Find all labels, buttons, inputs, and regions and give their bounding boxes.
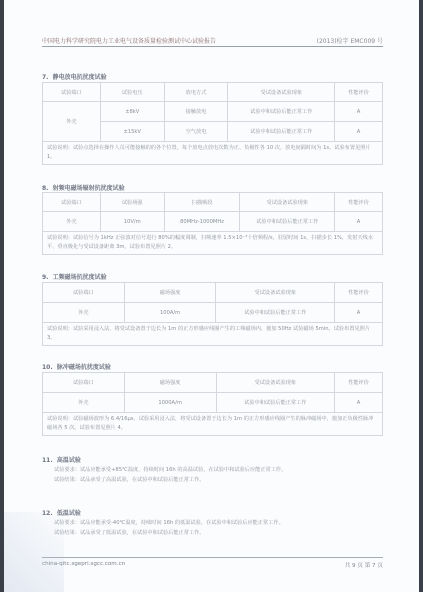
test-requirement: 试验要求：试品应能承受-40℃温度，持续时间 16h 的低温试验，在试验中和试验… [54, 518, 384, 528]
grade-cell: A [335, 212, 383, 232]
section-number: 11. [42, 457, 53, 464]
page-footer: china-qitc.sgepri.sgcc.com.cn 共 9 页 第 7 … [42, 561, 383, 569]
section-7-title: 7. 静电放电抗扰度试验 [42, 72, 107, 81]
col-header: 性能评价 [335, 193, 383, 212]
test-result: 试验结果：试品承受了低温试验，在试验中和试验后能正常工作。 [54, 528, 384, 538]
section-title: 射频电磁场辐射抗扰度试验 [53, 185, 125, 192]
high-temp-text: 试验要求：试品应能承受+85℃温度，持续时间 16h 的高温试验，在试验中和试验… [54, 465, 384, 485]
port-cell: 外壳 [43, 102, 101, 142]
test-result: 试验结果：试品承受了高温试验，在试验中和试验后能正常工作。 [54, 475, 384, 485]
col-header: 性能评价 [335, 83, 383, 102]
col-header: 扫描频段 [164, 193, 240, 212]
section-title: 工频磁场抗扰度试验 [53, 274, 107, 281]
result-cell: 试验中和试验后能正常工作 [228, 122, 335, 142]
grade-cell: A [335, 102, 383, 122]
band-cell: 80MHz-1000MHz [164, 212, 240, 232]
voltage-cell: ±15kV [100, 122, 164, 142]
voltage-cell: ±8kV [100, 102, 164, 122]
pf-magnetic-table: 试验端口 磁场强度 受试设备试验现象 性能评价 外壳 100A/m 试验中和试验… [42, 282, 383, 346]
col-header: 试验电压 [100, 83, 164, 102]
table-row: 外壳 1000A/m 试验中和试验后能正常工作 A [43, 393, 383, 413]
col-header: 受试设备试验现象 [216, 283, 335, 303]
table-row: 外壳 10V/m 80MHz-1000MHz 试验中和试验后能正常工作 A [43, 212, 383, 232]
table-row: 外壳 100A/m 试验中和试验后能正常工作 A [43, 303, 383, 323]
grade-cell: A [335, 393, 383, 413]
col-header: 试验场强 [100, 193, 164, 212]
test-note: 试验说明：试验点选择在操作人员可能接触的的各个位置，每个放电点放电次数为正、负极… [43, 142, 383, 165]
grade-cell: A [335, 303, 383, 323]
section-11-title: 11. 高温试验 [42, 455, 81, 464]
col-header: 试验端口 [43, 193, 101, 212]
section-10-title: 10. 脉冲磁场抗扰度试验 [42, 362, 111, 371]
port-cell: 外壳 [43, 303, 125, 323]
result-cell: 试验中和试验后能正常工作 [228, 102, 335, 122]
header-title: 中国电力科学研究院电力工业电气设备质量检验测试中心试验报告 [42, 36, 216, 45]
col-header: 试验端口 [43, 373, 125, 393]
test-note: 试验说明：试验采用浸入法，将受试设备置于边长为 1m 的正方形感应线圈产生的工频… [43, 323, 383, 346]
footer-divider [42, 557, 383, 558]
port-cell: 外壳 [43, 393, 125, 413]
col-header: 受试设备试验现象 [240, 193, 335, 212]
col-header: 受试设备试验现象 [228, 83, 335, 102]
section-9-title: 9. 工频磁场抗扰度试验 [42, 272, 107, 281]
section-number: 8. [42, 185, 48, 192]
page-number: 共 9 页 第 7 页 [345, 561, 383, 569]
test-requirement: 试验要求：试品应能承受+85℃温度，持续时间 16h 的高温试验，在试验中和试验… [54, 465, 384, 475]
report-number: (2013)检字 EMC009 号 [317, 36, 383, 45]
page-header: 中国电力科学研究院电力工业电气设备质量检验测试中心试验报告 (2013)检字 E… [42, 36, 383, 47]
mode-cell: 接触放电 [164, 102, 228, 122]
result-cell: 试验中和试验后能正常工作 [240, 212, 335, 232]
scan-shadow [4, 512, 64, 592]
col-header: 受试设备试验现象 [216, 373, 335, 393]
document-page: 中国电力科学研究院电力工业电气设备质量检验测试中心试验报告 (2013)检字 E… [4, 0, 419, 592]
section-title: 高温试验 [57, 457, 81, 464]
test-note: 试验说明：试验信号为 1kHz 正弦波对信号进行 80%的幅度调制，扫频速率 1… [43, 232, 383, 255]
section-title: 静电放电抗扰度试验 [53, 74, 107, 81]
col-header: 试验端口 [43, 283, 125, 303]
col-header: 放电方式 [164, 83, 228, 102]
section-number: 7. [42, 74, 48, 81]
mode-cell: 空气放电 [164, 122, 228, 142]
section-number: 10. [42, 364, 53, 371]
esd-table: 试验端口 试验电压 放电方式 受试设备试验现象 性能评价 外壳 ±8kV 接触放… [42, 82, 383, 165]
section-number: 9. [42, 274, 48, 281]
grade-cell: A [335, 122, 383, 142]
col-header: 性能评价 [335, 283, 383, 303]
pulse-magnetic-table: 试验端口 磁场强度 受试设备试验现象 性能评价 外壳 1000A/m 试验中和试… [42, 372, 383, 436]
port-cell: 外壳 [43, 212, 101, 232]
col-header: 磁场强度 [124, 373, 216, 393]
field-cell: 1000A/m [124, 393, 216, 413]
result-cell: 试验中和试验后能正常工作 [216, 393, 335, 413]
field-cell: 10V/m [100, 212, 164, 232]
low-temp-text: 试验要求：试品应能承受-40℃温度，持续时间 16h 的低温试验，在试验中和试验… [54, 518, 384, 538]
section-8-title: 8. 射频电磁场辐射抗扰度试验 [42, 183, 125, 192]
table-row: 外壳 ±8kV 接触放电 试验中和试验后能正常工作 A [43, 102, 383, 122]
col-header: 试验端口 [43, 83, 101, 102]
field-cell: 100A/m [124, 303, 216, 323]
col-header: 性能评价 [335, 373, 383, 393]
test-note: 试验说明：试验磁场波形为 6.4/16μs，试验采用浸入法，将受试设备置于边长为… [43, 413, 383, 436]
section-title: 脉冲磁场抗扰度试验 [57, 364, 111, 371]
rf-table: 试验端口 试验场强 扫描频段 受试设备试验现象 性能评价 外壳 10V/m 80… [42, 192, 383, 255]
result-cell: 试验中和试验后能正常工作 [216, 303, 335, 323]
col-header: 磁场强度 [124, 283, 216, 303]
